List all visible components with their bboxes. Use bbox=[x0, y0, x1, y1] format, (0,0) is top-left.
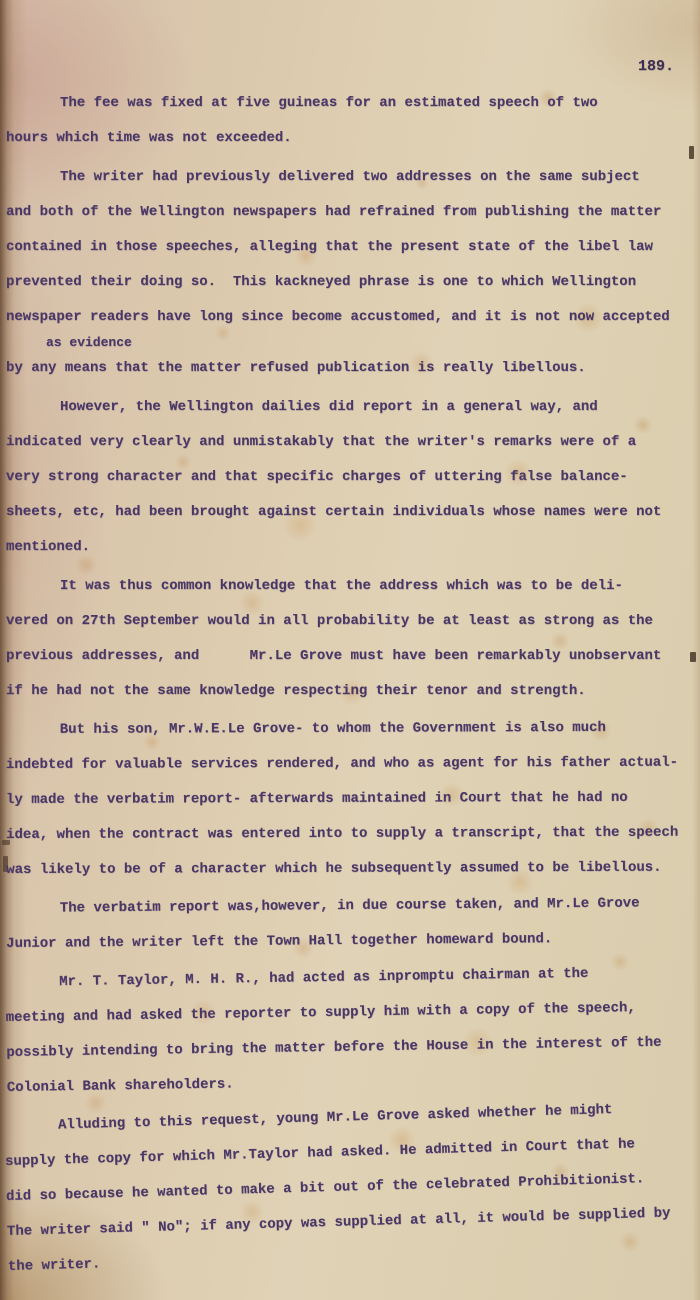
paragraph: The writer had previously delivered two … bbox=[6, 160, 696, 386]
text-line: newspaper readers have long since become… bbox=[6, 300, 696, 335]
text-line: very strong character and that specific … bbox=[6, 460, 696, 495]
text-line: mentioned. bbox=[6, 530, 696, 565]
text-line: previous addresses, and Mr.Le Grove must… bbox=[6, 639, 696, 674]
paragraph: It was thus common knowledge that the ad… bbox=[6, 569, 696, 709]
text-line: indicated very clearly and unmistakably … bbox=[6, 425, 696, 460]
text-line: idea, when the contract was entered into… bbox=[6, 816, 696, 853]
page-body: The fee was fixed at five guineas for an… bbox=[6, 86, 696, 1289]
paragraph: Mr. T. Taylor, M. H. R., had acted as in… bbox=[5, 955, 697, 1106]
text-line: vered on 27th September would in all pro… bbox=[6, 604, 696, 639]
text-line: It was thus common knowledge that the ad… bbox=[6, 569, 696, 604]
text-line: The writer had previously delivered two … bbox=[6, 160, 696, 195]
text-line: if he had not the same knowledge respect… bbox=[6, 674, 696, 709]
text-line: sheets, etc, had been brought against ce… bbox=[6, 495, 696, 530]
text-line: However, the Wellington dailies did repo… bbox=[6, 390, 696, 425]
text-line: ly made the verbatim report- afterwards … bbox=[6, 781, 696, 818]
text-line: indebted for valuable services rendered,… bbox=[6, 746, 696, 783]
page-number: 189. bbox=[638, 58, 674, 75]
text-line: But his son, Mr.W.E.Le Grove- to whom th… bbox=[6, 711, 696, 748]
paragraph: The fee was fixed at five guineas for an… bbox=[6, 86, 696, 156]
text-line: prevented their doing so. This kackneyed… bbox=[6, 265, 696, 300]
paragraph: The verbatim report was,however, in due … bbox=[6, 886, 697, 962]
text-line: contained in those speeches, alleging th… bbox=[6, 230, 696, 265]
paragraph: However, the Wellington dailies did repo… bbox=[6, 390, 696, 565]
document-page: 189. The fee was fixed at five guineas f… bbox=[0, 0, 700, 1300]
text-line: The verbatim report was,however, in due … bbox=[6, 886, 696, 927]
text-line: by any means that the matter refused pub… bbox=[6, 351, 696, 386]
inserted-annotation-line: as evidence bbox=[6, 335, 696, 351]
text-line: The fee was fixed at five guineas for an… bbox=[6, 86, 696, 121]
paragraph: But his son, Mr.W.E.Le Grove- to whom th… bbox=[6, 711, 697, 888]
text-line: and both of the Wellington newspapers ha… bbox=[6, 195, 696, 230]
text-line: was likely to be of a character which he… bbox=[6, 851, 696, 888]
text-line: hours which time was not exceeded. bbox=[6, 121, 696, 156]
paragraph: Alluding to this request, young Mr.Le Gr… bbox=[4, 1091, 699, 1285]
